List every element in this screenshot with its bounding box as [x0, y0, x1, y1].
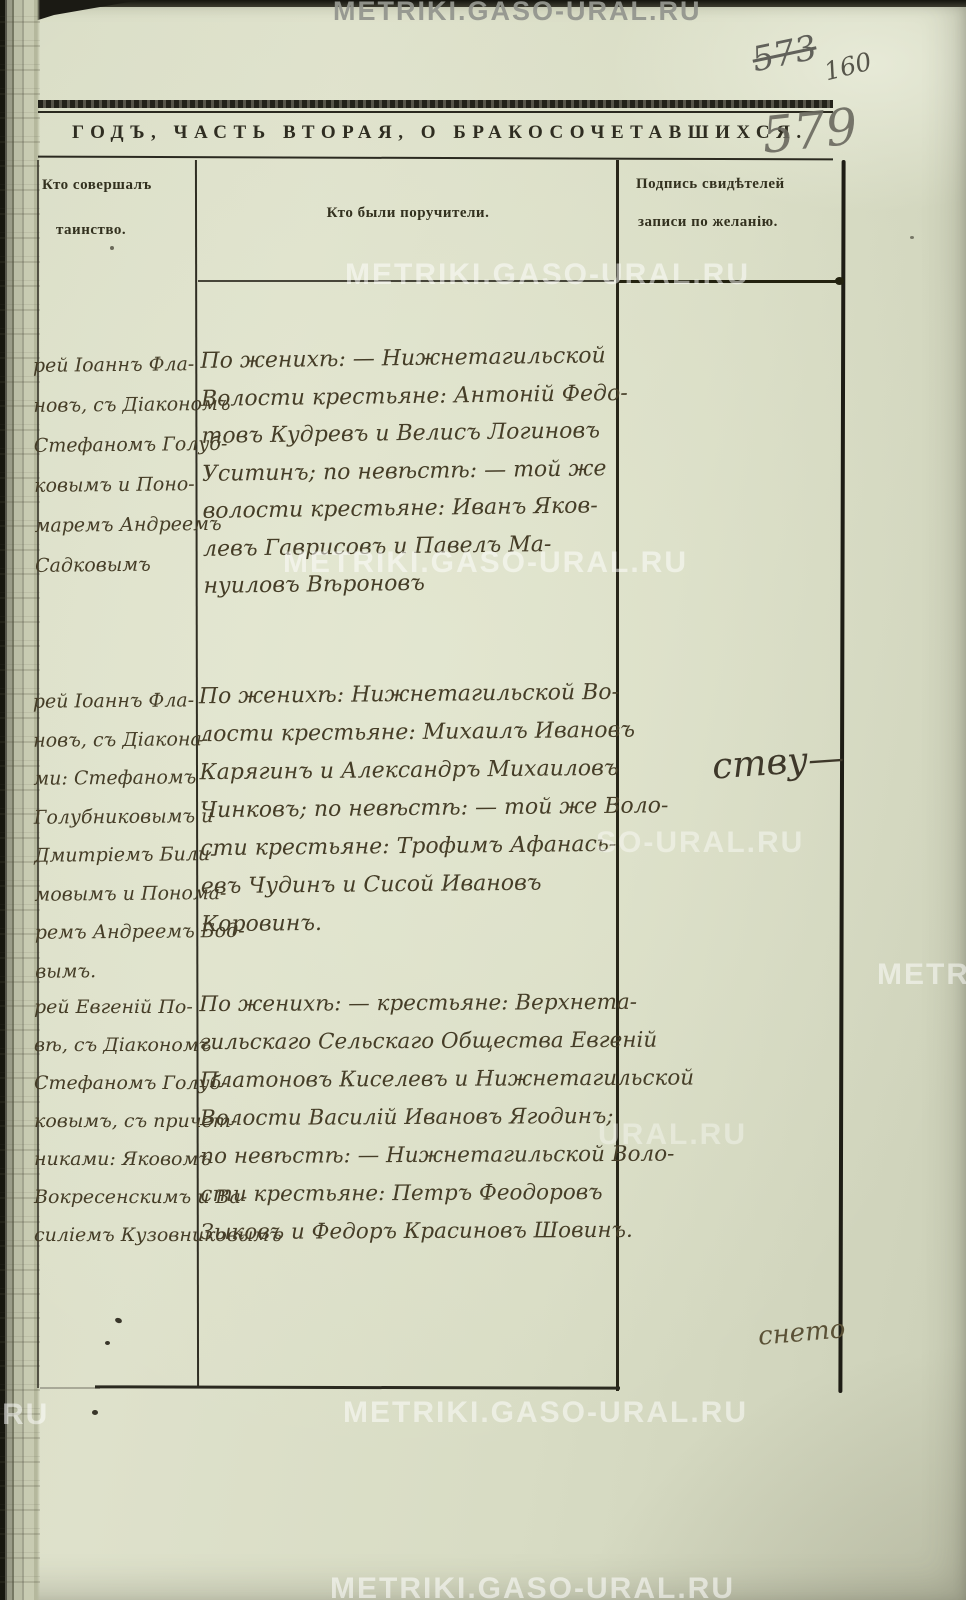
watermark: METRIKI.GASO-URAL.RU — [333, 0, 701, 27]
handwritten-line: новъ, съ Діакономъ — [33, 384, 195, 426]
watermark: METRIKI.GASO-URAL.RU — [330, 1572, 735, 1600]
handwritten-line: Уситинъ; по невѣстѣ: — той же — [202, 450, 617, 493]
column-header-officiant-line1: Кто совершалъ — [42, 177, 152, 194]
handwritten-line: Чинковъ; по невѣстѣ: — той же Воло- — [200, 788, 620, 830]
ink-speck — [910, 236, 914, 239]
handwritten-line: рей Іоаннъ Фла- — [33, 681, 197, 721]
handwritten-line: волости крестьяне: Иванъ Яков- — [202, 487, 617, 530]
column-header-officiant-line2: таинство. — [56, 222, 126, 239]
handwritten-line: Платоновъ Киселевъ и Нижнетагильской — [200, 1060, 624, 1100]
table-bottom-rule — [95, 1385, 620, 1389]
thin-top-rule — [38, 111, 833, 113]
watermark: METRIKI.GASO-URAL.RU — [343, 1396, 748, 1430]
handwritten-line: рей Евгеній По- — [34, 988, 200, 1026]
handwritten-line: силіемъ Кузовниковымъ — [34, 1216, 200, 1254]
watermark: URAL.RU — [598, 1118, 747, 1152]
entry-2-signature-scribble: ству— — [711, 737, 846, 787]
handwritten-line: гильскаго Сельскаго Общества Евгеній — [200, 1022, 624, 1062]
handwritten-line: Волости крестьяне: Антоній Федо- — [201, 375, 616, 418]
handwritten-line: Голубниковымъ и — [34, 797, 198, 837]
watermark: SO-URAL.RU — [596, 826, 804, 860]
watermark: RU — [2, 1398, 49, 1432]
pencil-folio-number: 160 — [821, 47, 874, 87]
entry-2-guarantors-text: По женихѣ: Нижнетагильской Во- лости кре… — [199, 674, 622, 944]
handwritten-line: ковымъ и Поно- — [34, 464, 196, 506]
title-underline-rule — [38, 156, 833, 161]
watermark: METRIKI.GASO-URAL.RU — [345, 258, 750, 292]
handwritten-line: По женихѣ: — крестьяне: Верхнета- — [199, 984, 623, 1024]
pencil-crossed-number: 573 — [749, 28, 821, 81]
column-header-signatures-line2: записи по желанію. — [638, 214, 778, 231]
ornate-top-rule — [38, 100, 833, 108]
handwritten-line: вымъ. — [35, 951, 199, 991]
column-header-guarantors: Кто были поручители. — [200, 205, 616, 222]
entry-2-officiant-text: рей Іоаннъ Фла- новъ, съ Діакона- ми: Ст… — [33, 681, 200, 990]
page-title: ГОДЪ, ЧАСТЬ ВТОРАЯ, О БРАКОСОЧЕТАВШИХСЯ. — [72, 122, 852, 144]
entry-3-officiant-text: рей Евгеній По- вѣ, съ Діакономъ Стефано… — [34, 988, 200, 1254]
handwritten-line: ремъ Андреемъ Бод- — [35, 912, 199, 952]
ink-speck — [110, 246, 114, 250]
ink-dot — [114, 1317, 122, 1324]
handwritten-line: новъ, съ Діакона- — [33, 720, 197, 760]
handwritten-line: евъ Чудинъ и Сисой Ивановъ — [201, 864, 621, 906]
handwritten-line: рей Іоаннъ Фла- — [33, 344, 195, 386]
handwritten-line: Садковымъ — [35, 544, 197, 586]
handwritten-line: ковымъ, съ причет- — [34, 1102, 200, 1140]
entry-1-officiant-text: рей Іоаннъ Фла- новъ, съ Діакономъ Стефа… — [33, 344, 198, 586]
handwritten-line: ми: Стефаномъ — [33, 758, 197, 798]
bottom-right-note: снето — [757, 1314, 847, 1352]
handwritten-line: По женихѣ: — Нижнетагильской — [200, 337, 615, 380]
handwritten-line: мовымъ и Понома- — [34, 874, 198, 914]
handwritten-line: товъ Кудревъ и Велисъ Логиновъ — [201, 412, 616, 455]
handwritten-line: Зыковъ и Федоръ Красиновъ Шовинъ. — [201, 1212, 625, 1252]
handwritten-line: вѣ, съ Діакономъ — [34, 1026, 200, 1064]
ink-dot — [105, 1341, 110, 1345]
handwritten-line: Волости Василій Ивановъ Ягодинъ; — [200, 1098, 624, 1138]
table-bottom-rule-faded — [40, 1387, 100, 1389]
handwritten-line: Стефаномъ Голуб- — [34, 1064, 200, 1102]
scanned-page: 573 160 ГОДЪ, ЧАСТЬ ВТОРАЯ, О БРАКОСОЧЕТ… — [0, 0, 966, 1600]
handwritten-line: по невѣстѣ: — Нижнетагильской Воло- — [200, 1136, 624, 1176]
handwritten-line: сти крестьяне: Петръ Феодоровъ — [200, 1174, 624, 1214]
ink-dot — [92, 1410, 98, 1415]
handwritten-line: Стефаномъ Голуб- — [34, 424, 196, 466]
handwritten-line: сти крестьяне: Трофимъ Афанась- — [200, 826, 620, 868]
entry-3-guarantors-text: По женихѣ: — крестьяне: Верхнета- гильск… — [199, 984, 624, 1252]
handwritten-line: Коровинъ. — [201, 902, 621, 944]
column-header-signatures-line1: Подпись свидѣтелей — [636, 176, 785, 193]
pencil-page-number: 579 — [759, 97, 860, 165]
handwritten-line: Дмитріемъ Били- — [34, 835, 198, 875]
handwritten-line: маремъ Андреемъ — [34, 504, 196, 546]
handwritten-line: Вокресенскимъ и Ва- — [34, 1178, 200, 1216]
handwritten-line: Карягинъ и Александръ Михаиловъ — [199, 750, 619, 792]
watermark: METRIKI.GASO-URAL.RU — [283, 546, 688, 580]
handwritten-line: никами: Яковомъ — [34, 1140, 200, 1178]
handwritten-line: По женихѣ: Нижнетагильской Во- — [199, 674, 619, 716]
handwritten-line: лости крестьяне: Михаилъ Ивановъ — [199, 712, 619, 754]
watermark: METRIKI — [877, 958, 966, 992]
